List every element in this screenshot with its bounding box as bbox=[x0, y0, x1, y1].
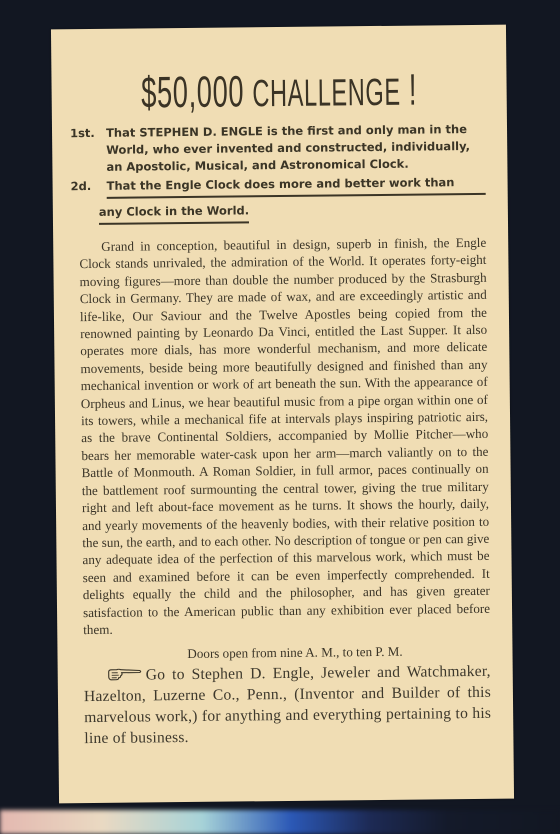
title-amount: $50,000 bbox=[141, 67, 244, 117]
claim-number: 1st. bbox=[70, 125, 107, 176]
contact-block: Go to Stephen D. Engle, Jeweler and Watc… bbox=[84, 661, 492, 749]
claims-list: 1st. That STEPHEN D. ENGLE is the first … bbox=[70, 121, 486, 225]
scanner-edge bbox=[0, 810, 560, 834]
doors-hours: Doors open from nine A. M., to ten P. M. bbox=[57, 643, 512, 664]
page-title: $50,000 Challenge ! bbox=[138, 68, 421, 119]
body-text: Grand in conception, beautiful in design… bbox=[79, 234, 490, 639]
title-word: Challenge bbox=[252, 72, 401, 116]
claim-text-line2: any Clock in the World. bbox=[99, 202, 249, 225]
contact-text: Go to Stephen D. Engle, Jeweler and Watc… bbox=[84, 663, 491, 747]
claim-item: 1st. That STEPHEN D. ENGLE is the first … bbox=[70, 121, 486, 176]
claim-text: That STEPHEN D. ENGLE is the first and o… bbox=[106, 121, 486, 176]
doors-text: Doors open from nine A. M., to ten P. M. bbox=[187, 644, 402, 661]
claim-item: 2d. That the Engle Clock does more and b… bbox=[71, 174, 486, 225]
title-exclamation: ! bbox=[409, 66, 418, 115]
body-paragraph: Grand in conception, beautiful in design… bbox=[79, 234, 490, 639]
claim-text-line1: That the Engle Clock does more and bette… bbox=[107, 174, 486, 199]
advertising-card: $50,000 Challenge ! 1st. That STEPHEN D.… bbox=[51, 25, 514, 804]
pointing-hand-icon bbox=[108, 665, 142, 677]
